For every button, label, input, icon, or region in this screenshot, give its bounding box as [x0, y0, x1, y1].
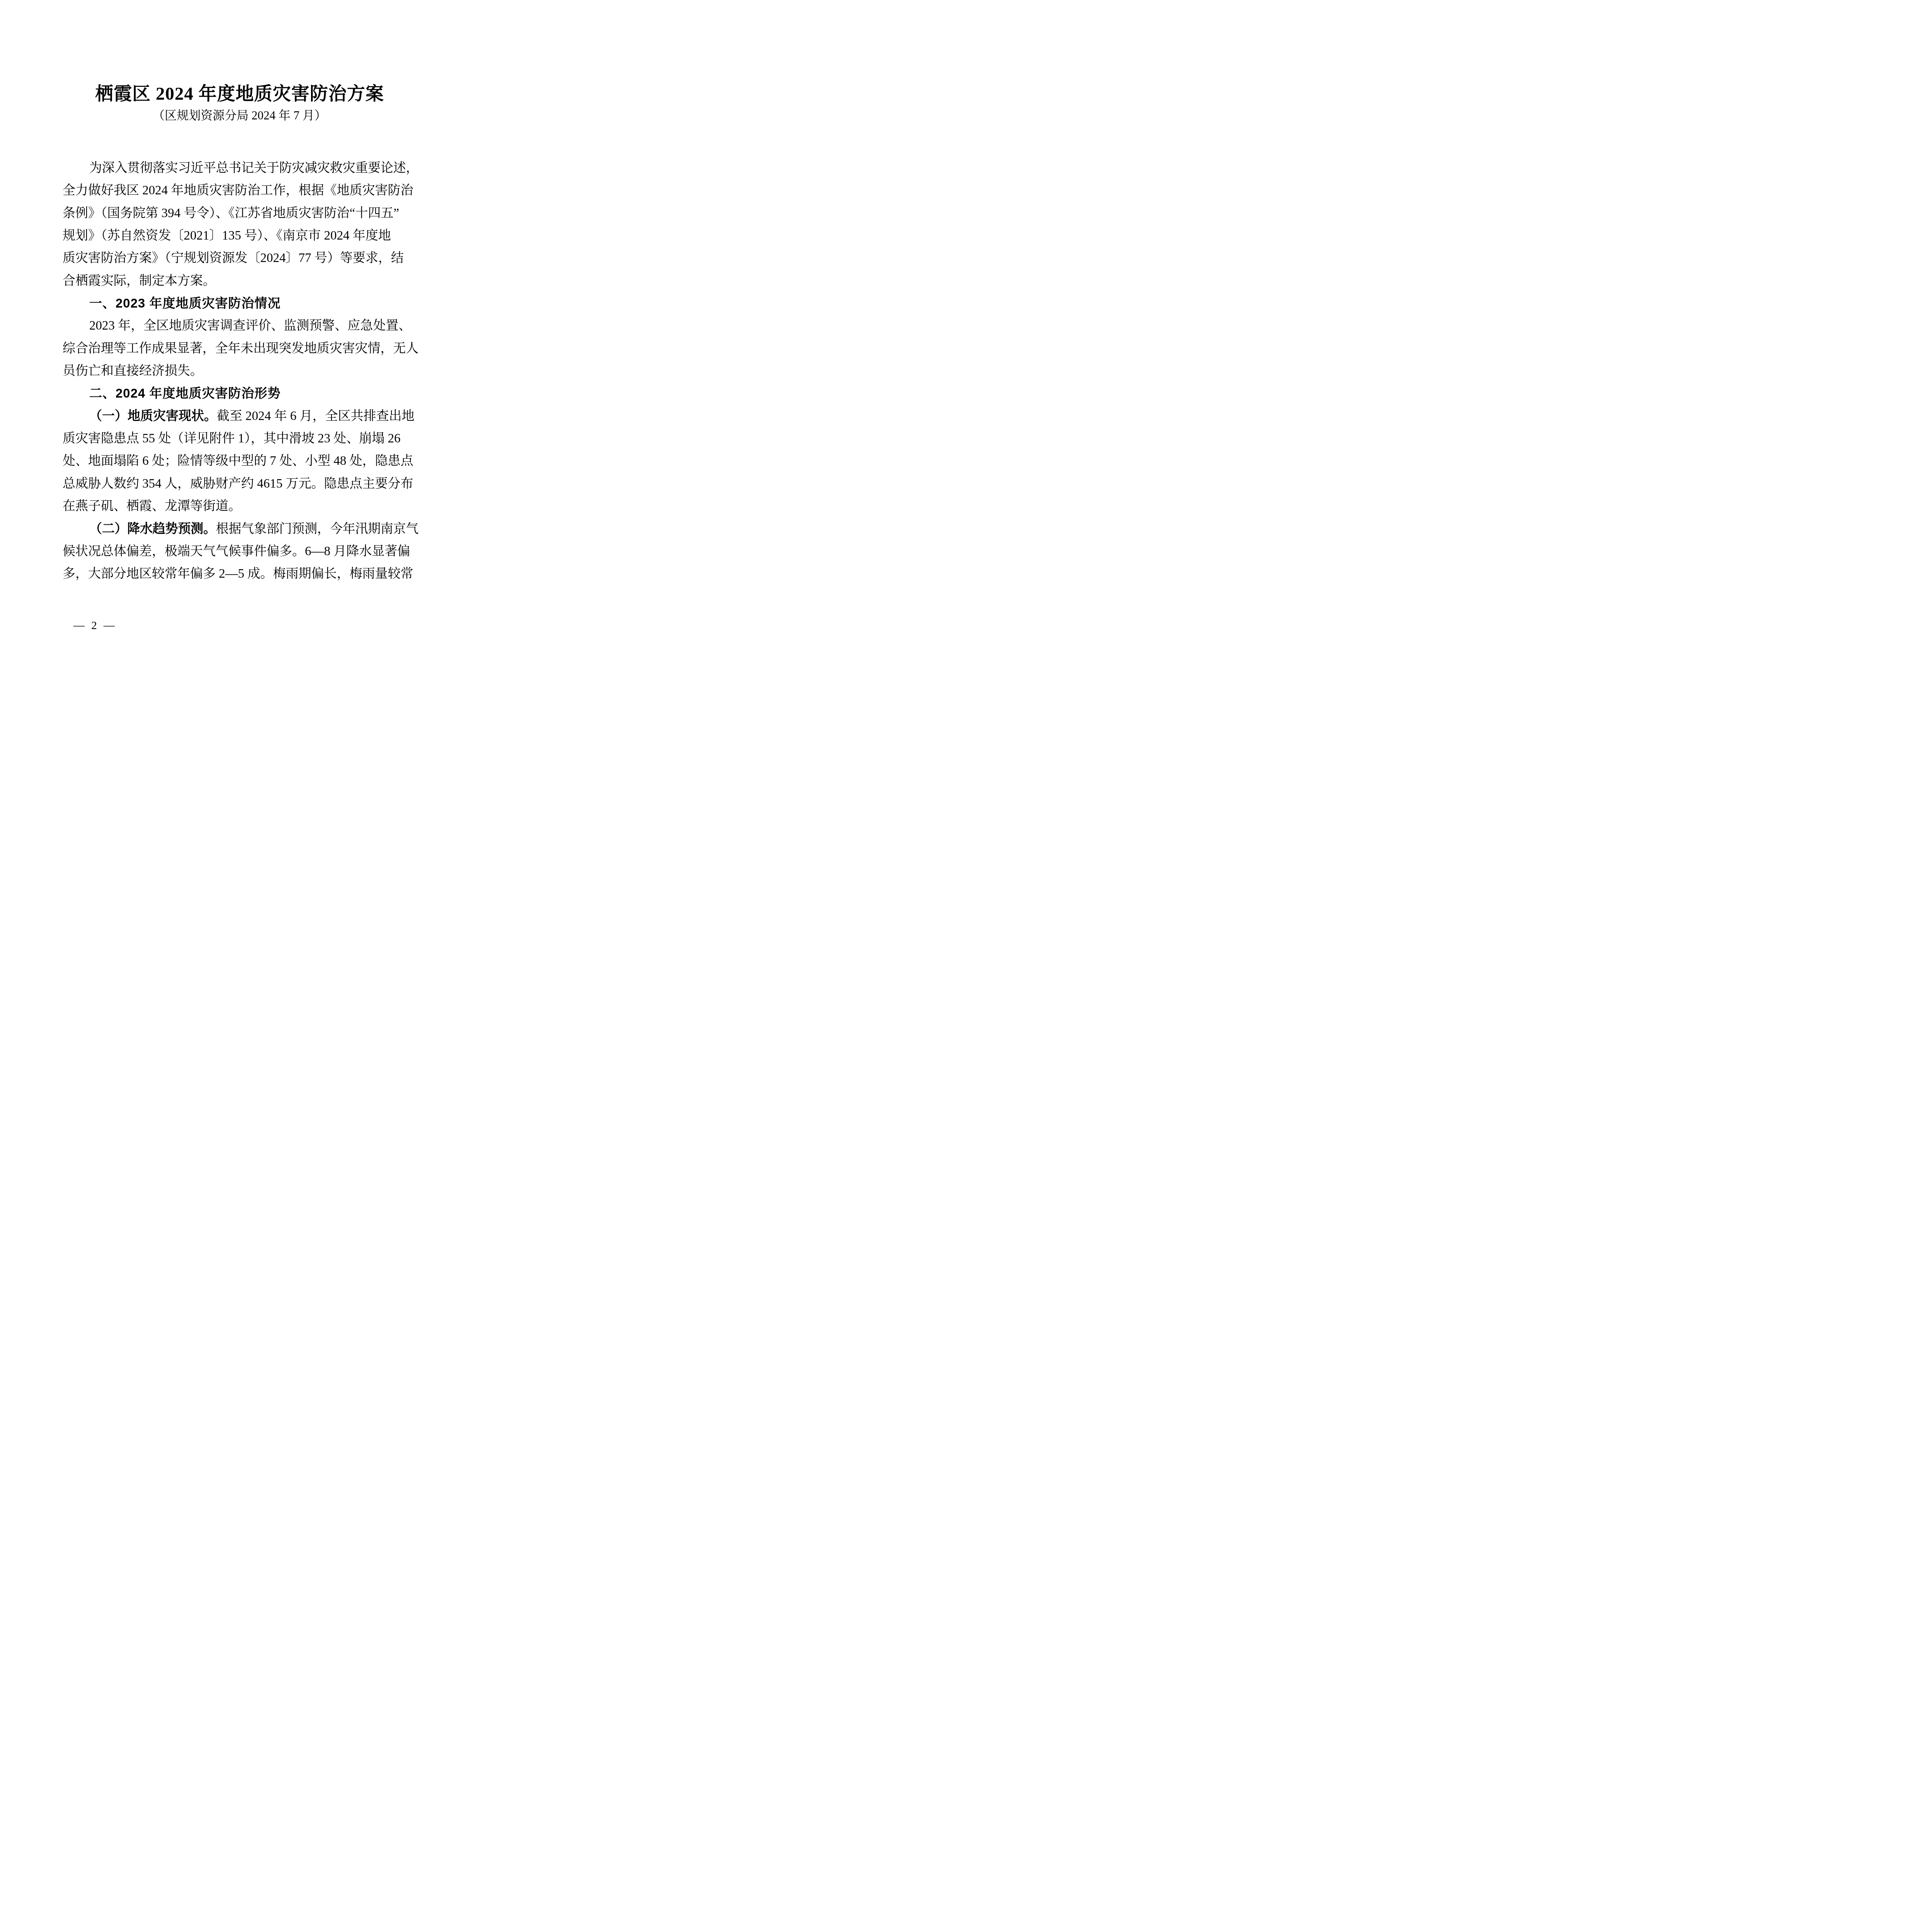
text-run: 总威胁人数约 354 人，威胁财产约 4615 万元。隐患点主要分布: [63, 477, 413, 491]
text-run: 为深入贯彻落实习近平总书记关于防灾减灾救灾重要论述，: [89, 161, 418, 175]
body-line: 员伤亡和直接经济损失。: [63, 360, 418, 382]
text-run: 候状况总体偏差，极端天气气候事件偏多。6—8 月降水显著偏: [63, 544, 410, 558]
text-run: 2023 年，全区地质灾害调查评价、监测预警、应急处置、: [89, 319, 411, 333]
text-run: 全力做好我区 2024 年地质灾害防治工作，根据《地质灾害防治: [63, 184, 413, 197]
body-line: （二）降水趋势预测。根据气象部门预测，今年汛期南京气: [63, 518, 418, 540]
document-subtitle: （区规划资源分局 2024 年 7 月）: [0, 108, 479, 123]
body-line: 多，大部分地区较常年偏多 2—5 成。梅雨期偏长，梅雨量较常: [63, 563, 418, 585]
text-run: 截至 2024 年 6 月，全区共排查出地: [217, 409, 415, 423]
text-run: 处、地面塌陷 6 处；险情等级中型的 7 处、小型 48 处，隐患点: [63, 454, 413, 468]
page: 栖霞区 2024 年度地质灾害防治方案 （区规划资源分局 2024 年 7 月）…: [0, 0, 479, 678]
text-run: 根据气象部门预测，今年汛期南京气: [216, 522, 418, 536]
text-run: 二、2024 年度地质灾害防治形势: [89, 386, 281, 400]
body-line: 候状况总体偏差，极端天气气候事件偏多。6—8 月降水显著偏: [63, 540, 418, 563]
body-line: 规划》（苏自然资发〔2021〕135 号）、《南京市 2024 年度地: [63, 224, 418, 247]
text-run: 在燕子矶、栖霞、龙潭等街道。: [63, 499, 241, 513]
text-run: 一、2023 年度地质灾害防治情况: [89, 296, 281, 310]
body-line: （一）地质灾害现状。截至 2024 年 6 月，全区共排查出地: [63, 405, 418, 427]
body-line: 综合治理等工作成果显著，全年未出现突发地质灾害灾情，无人: [63, 337, 418, 360]
body-line: 全力做好我区 2024 年地质灾害防治工作，根据《地质灾害防治: [63, 179, 418, 202]
body-line: 2023 年，全区地质灾害调查评价、监测预警、应急处置、: [63, 315, 418, 337]
body-line: 合栖霞实际，制定本方案。: [63, 270, 418, 292]
section-heading: 一、2023 年度地质灾害防治情况: [63, 292, 418, 315]
subheading-run: （一）地质灾害现状。: [89, 409, 217, 423]
text-run: 多，大部分地区较常年偏多 2—5 成。梅雨期偏长，梅雨量较常: [63, 567, 413, 581]
text-run: 条例》（国务院第 394 号令）、《江苏省地质灾害防治“十四五”: [63, 206, 399, 220]
text-run: 质灾害防治方案》（宁规划资源发〔2024〕77 号）等要求，结: [63, 251, 404, 265]
text-run: 合栖霞实际，制定本方案。: [63, 274, 216, 288]
body-line: 总威胁人数约 354 人，威胁财产约 4615 万元。隐患点主要分布: [63, 473, 418, 495]
body-line: 条例》（国务院第 394 号令）、《江苏省地质灾害防治“十四五”: [63, 202, 418, 224]
section-heading: 二、2024 年度地质灾害防治形势: [63, 382, 418, 405]
text-run: 综合治理等工作成果显著，全年未出现突发地质灾害灾情，无人: [63, 342, 418, 355]
document-title: 栖霞区 2024 年度地质灾害防治方案: [0, 83, 479, 105]
body-line: 质灾害隐患点 55 处（详见附件 1），其中滑坡 23 处、崩塌 26: [63, 427, 418, 450]
body-line: 质灾害防治方案》（宁规划资源发〔2024〕77 号）等要求，结: [63, 247, 418, 269]
text-run: 规划》（苏自然资发〔2021〕135 号）、《南京市 2024 年度地: [63, 229, 391, 243]
text-run: 质灾害隐患点 55 处（详见附件 1），其中滑坡 23 处、崩塌 26: [63, 432, 401, 446]
body-line: 处、地面塌陷 6 处；险情等级中型的 7 处、小型 48 处，隐患点: [63, 450, 418, 472]
body-line: 为深入贯彻落实习近平总书记关于防灾减灾救灾重要论述，: [63, 157, 418, 179]
subheading-run: （二）降水趋势预测。: [89, 522, 216, 536]
text-run: 员伤亡和直接经济损失。: [63, 364, 203, 378]
document-body: 为深入贯彻落实习近平总书记关于防灾减灾救灾重要论述， 全力做好我区 2024 年…: [63, 157, 418, 585]
page-number-footer: — 2 —: [73, 619, 117, 633]
body-line: 在燕子矶、栖霞、龙潭等街道。: [63, 495, 418, 517]
